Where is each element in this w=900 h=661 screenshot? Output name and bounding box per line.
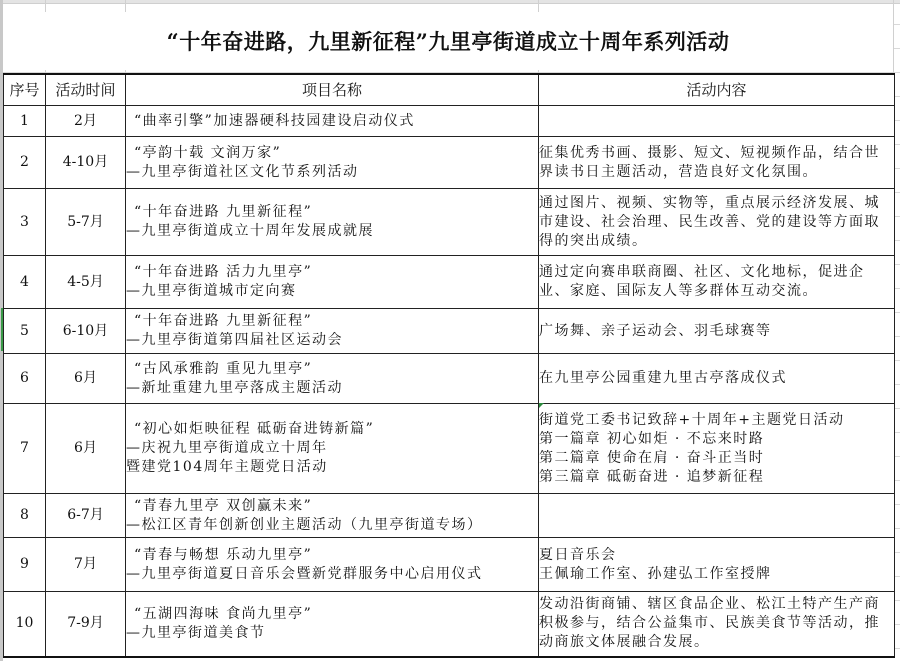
cell-time[interactable]: 7月 (46, 538, 126, 592)
table-row: 3 5-7月 “十年奋进路 九里新征程”—九里亭街道成立十周年发展成就展 通过图… (4, 189, 895, 256)
cell-name[interactable]: “初心如炬映征程 砥砺奋进铸新篇”—庆祝九里亭街道成立十周年暨建党104周年主题… (126, 404, 539, 494)
row-number: 6 (20, 370, 29, 386)
project-subtitle: 暨建党104周年主题党日活动 (126, 458, 538, 477)
cell-content[interactable]: 广场舞、亲子运动会、羽毛球赛等 (539, 309, 895, 354)
activity-content-line: 第一篇章 初心如炬 · 不忘来时路 (539, 430, 894, 449)
cell-no[interactable]: 3 (4, 189, 46, 256)
cell-no[interactable]: 1 (4, 106, 46, 137)
row-number: 7 (20, 440, 29, 456)
cell-time[interactable]: 6-10月 (46, 309, 126, 354)
activity-content-line: 广场舞、亲子运动会、羽毛球赛等 (539, 322, 894, 341)
cell-content[interactable]: 在九里亭公园重建九里古亭落成仪式 (539, 354, 895, 404)
header-no[interactable]: 序号 (4, 74, 46, 106)
activity-time: 2月 (74, 113, 97, 129)
sheet-top-edge (0, 0, 900, 4)
activity-content-line: 王佩瑜工作室、孙建弘工作室授牌 (539, 565, 894, 584)
row-number: 8 (20, 507, 29, 523)
table-row: 1 2月 “曲率引擎”加速器硬科技园建设启动仪式 (4, 106, 895, 137)
cell-time[interactable]: 6月 (46, 354, 126, 404)
project-title: “十年奋进路 活力九里亭” (126, 263, 538, 282)
table-row: 7 6月 “初心如炬映征程 砥砺奋进铸新篇”—庆祝九里亭街道成立十周年暨建党10… (4, 404, 895, 494)
cell-no[interactable]: 4 (4, 256, 46, 309)
row-number: 2 (20, 154, 29, 170)
cell-no[interactable]: 10 (4, 592, 46, 657)
cell-content[interactable]: 通过图片、视频、实物等，重点展示经济发展、城市建设、社会治理、民生改善、党的建设… (539, 189, 895, 256)
project-subtitle: —松江区青年创新创业主题活动（九里亭街道专场） (126, 516, 538, 535)
cell-name[interactable]: “古风承雅韵 重见九里亭”—新址重建九里亭落成主题活动 (126, 354, 539, 404)
row-number: 9 (20, 556, 29, 572)
cell-time[interactable]: 5-7月 (46, 189, 126, 256)
cell-content[interactable]: 通过定向赛串联商圈、社区、文化地标，促进企业、家庭、国际友人等多群体互动交流。 (539, 256, 895, 309)
activity-time: 4-10月 (63, 154, 108, 170)
activity-table: 序号 活动时间 项目名称 活动内容 1 2月 “曲率引擎”加速器硬科技园建设启动… (3, 73, 895, 658)
project-subtitle: —新址重建九里亭落成主题活动 (126, 379, 538, 398)
header-row: 序号 活动时间 项目名称 活动内容 (4, 74, 895, 106)
activity-content-line: 夏日音乐会 (539, 546, 894, 565)
cell-time[interactable]: 2月 (46, 106, 126, 137)
activity-time: 7月 (74, 556, 97, 572)
project-subtitle: —九里亭街道美食节 (126, 624, 538, 643)
activity-time: 5-7月 (67, 214, 104, 230)
activity-content-line: 发动沿街商铺、辖区食品企业、松江土特产生产商积极参与，结合公益集市、民族美食节等… (539, 595, 894, 652)
table-row: 4 4-5月 “十年奋进路 活力九里亭”—九里亭街道城市定向赛 通过定向赛串联商… (4, 256, 895, 309)
cell-content[interactable]: 发动沿街商铺、辖区食品企业、松江土特产生产商积极参与，结合公益集市、民族美食节等… (539, 592, 895, 657)
activity-time: 4-5月 (67, 274, 104, 290)
table-row: 5 6-10月 “十年奋进路 九里新征程”—九里亭街道第四届社区运动会 广场舞、… (4, 309, 895, 354)
header-content[interactable]: 活动内容 (539, 74, 895, 106)
cell-name[interactable]: “十年奋进路 活力九里亭”—九里亭街道城市定向赛 (126, 256, 539, 309)
table-row: 2 4-10月 “亭韵十载 文润万家”—九里亭街道社区文化节系列活动 征集优秀书… (4, 137, 895, 189)
project-subtitle: —庆祝九里亭街道成立十周年 (126, 439, 538, 458)
project-subtitle: —九里亭街道成立十周年发展成就展 (126, 222, 538, 241)
row-number: 5 (20, 323, 29, 339)
header-name[interactable]: 项目名称 (126, 74, 539, 106)
cell-no[interactable]: 6 (4, 354, 46, 404)
row-number: 3 (20, 214, 29, 230)
cell-time[interactable]: 6月 (46, 404, 126, 494)
column-gridline (893, 0, 894, 73)
activity-content-line: 第三篇章 砥砺奋进 · 追梦新征程 (539, 468, 894, 487)
project-title: “五湖四海味 食尚九里亭” (126, 605, 538, 624)
sheet-title[interactable]: “十年奋进路，九里新征程”九里亭街道成立十周年系列活动 (3, 12, 893, 70)
cell-time[interactable]: 6-7月 (46, 494, 126, 538)
table-row: 10 7-9月 “五湖四海味 食尚九里亭”—九里亭街道美食节 发动沿街商铺、辖区… (4, 592, 895, 657)
activity-time: 6月 (74, 370, 97, 386)
cell-name[interactable]: “十年奋进路 九里新征程”—九里亭街道成立十周年发展成就展 (126, 189, 539, 256)
project-title: “十年奋进路 九里新征程” (126, 203, 538, 222)
cell-name[interactable]: “五湖四海味 食尚九里亭”—九里亭街道美食节 (126, 592, 539, 657)
project-title: “古风承雅韵 重见九里亭” (126, 360, 538, 379)
row-number: 4 (20, 274, 29, 290)
cell-comment-marker (539, 403, 544, 408)
project-subtitle: —九里亭街道第四届社区运动会 (126, 331, 538, 350)
activity-content-line: 街道党工委书记致辞+十周年+主题党日活动 (539, 411, 894, 430)
table-row: 8 6-7月 “青春九里亭 双创赢未来”—松江区青年创新创业主题活动（九里亭街道… (4, 494, 895, 538)
project-title: “青春与畅想 乐动九里亭” (126, 546, 538, 565)
table-row: 9 7月 “青春与畅想 乐动九里亭”—九里亭街道夏日音乐会暨新党群服务中心启用仪… (4, 538, 895, 592)
cell-time[interactable]: 4-5月 (46, 256, 126, 309)
row-selection-indicator (1, 308, 3, 351)
project-subtitle: —九里亭街道城市定向赛 (126, 282, 538, 301)
activity-time: 7-9月 (67, 615, 104, 631)
activity-content-line: 在九里亭公园重建九里古亭落成仪式 (539, 369, 894, 388)
project-title: “曲率引擎”加速器硬科技园建设启动仪式 (126, 112, 538, 131)
cell-name[interactable]: “十年奋进路 九里新征程”—九里亭街道第四届社区运动会 (126, 309, 539, 354)
cell-time[interactable]: 4-10月 (46, 137, 126, 189)
cell-no[interactable]: 9 (4, 538, 46, 592)
project-title: “青春九里亭 双创赢未来” (126, 497, 538, 516)
activity-content-line: 通过定向赛串联商圈、社区、文化地标，促进企业、家庭、国际友人等多群体互动交流。 (539, 263, 894, 301)
cell-content[interactable]: 夏日音乐会王佩瑜工作室、孙建弘工作室授牌 (539, 538, 895, 592)
project-title: “十年奋进路 九里新征程” (126, 312, 538, 331)
cell-no[interactable]: 2 (4, 137, 46, 189)
cell-no[interactable]: 8 (4, 494, 46, 538)
cell-name[interactable]: “青春与畅想 乐动九里亭”—九里亭街道夏日音乐会暨新党群服务中心启用仪式 (126, 538, 539, 592)
activity-time: 6月 (74, 440, 97, 456)
project-title: “亭韵十载 文润万家” (126, 144, 538, 163)
table-row: 6 6月 “古风承雅韵 重见九里亭”—新址重建九里亭落成主题活动 在九里亭公园重… (4, 354, 895, 404)
cell-time[interactable]: 7-9月 (46, 592, 126, 657)
project-subtitle: —九里亭街道社区文化节系列活动 (126, 163, 538, 182)
cell-name[interactable]: “曲率引擎”加速器硬科技园建设启动仪式 (126, 106, 539, 137)
header-time[interactable]: 活动时间 (46, 74, 126, 106)
activity-content-line: 第二篇章 使命在肩 · 奋斗正当时 (539, 449, 894, 468)
cell-name[interactable]: “青春九里亭 双创赢未来”—松江区青年创新创业主题活动（九里亭街道专场） (126, 494, 539, 538)
activity-content-line: 通过图片、视频、实物等，重点展示经济发展、城市建设、社会治理、民生改善、党的建设… (539, 194, 894, 251)
activity-content-line: 征集优秀书画、摄影、短文、短视频作品，结合世界读书日主题活动，营造良好文化氛围。 (539, 144, 894, 182)
cell-name[interactable]: “亭韵十载 文润万家”—九里亭街道社区文化节系列活动 (126, 137, 539, 189)
activity-time: 6-10月 (63, 323, 108, 339)
project-title: “初心如炬映征程 砥砺奋进铸新篇” (126, 420, 538, 439)
cell-content[interactable] (539, 494, 895, 538)
row-number: 10 (16, 615, 34, 631)
cell-no[interactable]: 5 (4, 309, 46, 354)
cell-content[interactable]: 征集优秀书画、摄影、短文、短视频作品，结合世界读书日主题活动，营造良好文化氛围。 (539, 137, 895, 189)
cell-content[interactable] (539, 106, 895, 137)
project-subtitle: —九里亭街道夏日音乐会暨新党群服务中心启用仪式 (126, 565, 538, 584)
cell-content[interactable]: 街道党工委书记致辞+十周年+主题党日活动第一篇章 初心如炬 · 不忘来时路第二篇… (539, 404, 895, 494)
activity-time: 6-7月 (67, 507, 104, 523)
row-number: 1 (20, 113, 29, 129)
cell-no[interactable]: 7 (4, 404, 46, 494)
